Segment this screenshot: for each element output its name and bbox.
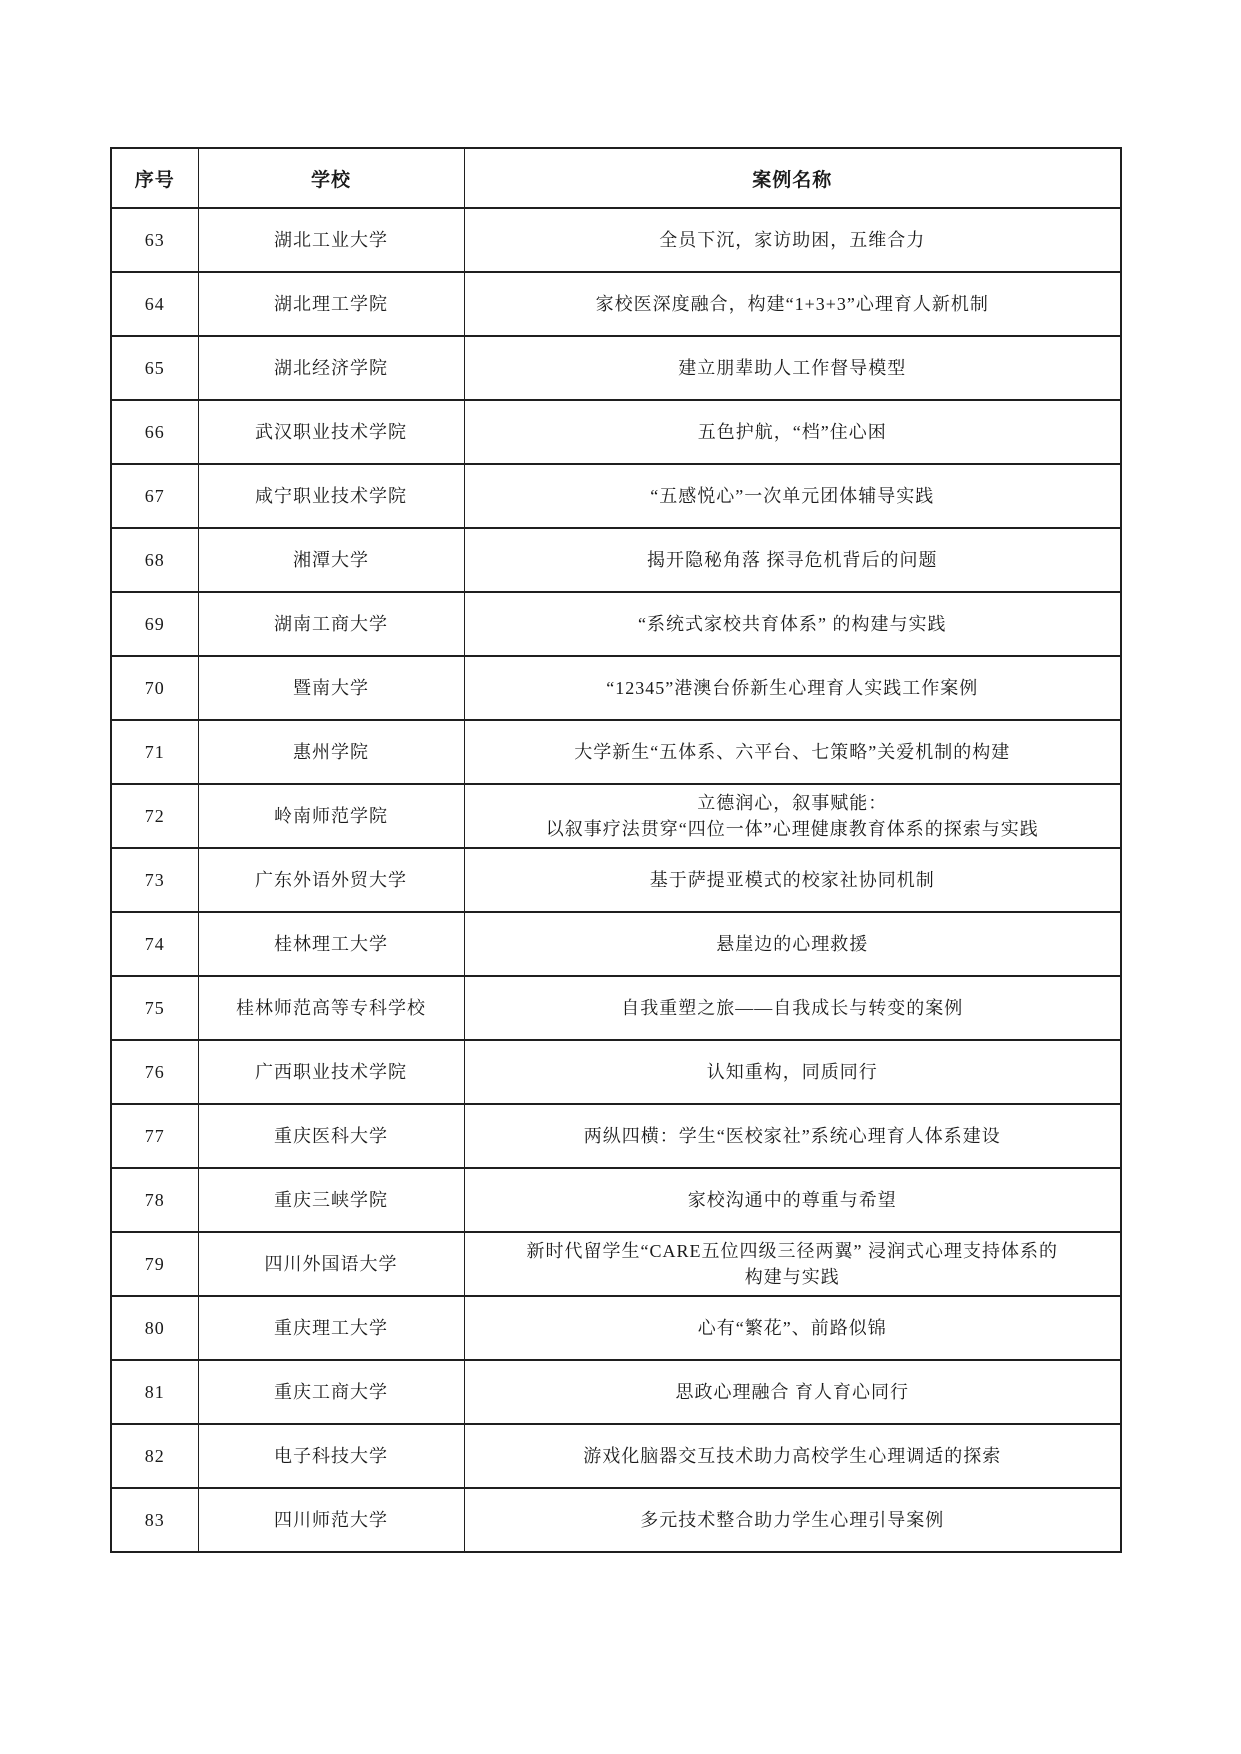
case-name: 基于萨提亚模式的校家社协同机制 [464, 848, 1121, 912]
table-row: 73 广东外语外贸大学 基于萨提亚模式的校家社协同机制 [111, 848, 1121, 912]
serial-number: 74 [111, 912, 198, 976]
column-header-school: 学校 [198, 148, 464, 208]
serial-number: 65 [111, 336, 198, 400]
table-row: 78 重庆三峡学院 家校沟通中的尊重与希望 [111, 1168, 1121, 1232]
serial-number: 80 [111, 1296, 198, 1360]
school-name: 四川师范大学 [198, 1488, 464, 1552]
table-row: 69 湖南工商大学 “系统式家校共育体系” 的构建与实践 [111, 592, 1121, 656]
case-name: 五色护航，“档”住心困 [464, 400, 1121, 464]
case-name: 家校沟通中的尊重与希望 [464, 1168, 1121, 1232]
serial-number: 70 [111, 656, 198, 720]
column-header-serial: 序号 [111, 148, 198, 208]
serial-number: 68 [111, 528, 198, 592]
case-name: 新时代留学生“CARE五位四级三径两翼” 浸润式心理支持体系的 构建与实践 [464, 1232, 1121, 1296]
case-name: 心有“繁花”、前路似锦 [464, 1296, 1121, 1360]
case-name: “12345”港澳台侨新生心理育人实践工作案例 [464, 656, 1121, 720]
table-row: 65 湖北经济学院 建立朋辈助人工作督导模型 [111, 336, 1121, 400]
case-name: 立德润心，叙事赋能： 以叙事疗法贯穿“四位一体”心理健康教育体系的探索与实践 [464, 784, 1121, 848]
case-name: 思政心理融合 育人育心同行 [464, 1360, 1121, 1424]
serial-number: 71 [111, 720, 198, 784]
school-name: 咸宁职业技术学院 [198, 464, 464, 528]
case-name: 全员下沉，家访助困，五维合力 [464, 208, 1121, 272]
school-name: 电子科技大学 [198, 1424, 464, 1488]
serial-number: 64 [111, 272, 198, 336]
document-page: 序号 学校 案例名称 63 湖北工业大学 全员下沉，家访助困，五维合力 64 湖… [0, 0, 1241, 1754]
school-name: 四川外国语大学 [198, 1232, 464, 1296]
serial-number: 81 [111, 1360, 198, 1424]
cases-table: 序号 学校 案例名称 63 湖北工业大学 全员下沉，家访助困，五维合力 64 湖… [110, 147, 1122, 1553]
case-name: 两纵四横：学生“医校家社”系统心理育人体系建设 [464, 1104, 1121, 1168]
school-name: 武汉职业技术学院 [198, 400, 464, 464]
table-row: 83 四川师范大学 多元技术整合助力学生心理引导案例 [111, 1488, 1121, 1552]
school-name: 重庆医科大学 [198, 1104, 464, 1168]
table-row: 70 暨南大学 “12345”港澳台侨新生心理育人实践工作案例 [111, 656, 1121, 720]
table-row: 71 惠州学院 大学新生“五体系、六平台、七策略”关爱机制的构建 [111, 720, 1121, 784]
serial-number: 66 [111, 400, 198, 464]
table-row: 79 四川外国语大学 新时代留学生“CARE五位四级三径两翼” 浸润式心理支持体… [111, 1232, 1121, 1296]
school-name: 桂林师范高等专科学校 [198, 976, 464, 1040]
school-name: 湘潭大学 [198, 528, 464, 592]
case-name: 大学新生“五体系、六平台、七策略”关爱机制的构建 [464, 720, 1121, 784]
table-row: 67 咸宁职业技术学院 “五感悦心”一次单元团体辅导实践 [111, 464, 1121, 528]
table-row: 82 电子科技大学 游戏化脑器交互技术助力高校学生心理调适的探索 [111, 1424, 1121, 1488]
case-name: “系统式家校共育体系” 的构建与实践 [464, 592, 1121, 656]
school-name: 湖北经济学院 [198, 336, 464, 400]
table-row: 81 重庆工商大学 思政心理融合 育人育心同行 [111, 1360, 1121, 1424]
serial-number: 75 [111, 976, 198, 1040]
serial-number: 72 [111, 784, 198, 848]
school-name: 岭南师范学院 [198, 784, 464, 848]
table-body: 63 湖北工业大学 全员下沉，家访助困，五维合力 64 湖北理工学院 家校医深度… [111, 208, 1121, 1552]
serial-number: 79 [111, 1232, 198, 1296]
column-header-case-name: 案例名称 [464, 148, 1121, 208]
table-row: 63 湖北工业大学 全员下沉，家访助困，五维合力 [111, 208, 1121, 272]
school-name: 广东外语外贸大学 [198, 848, 464, 912]
table-row: 66 武汉职业技术学院 五色护航，“档”住心困 [111, 400, 1121, 464]
school-name: 重庆工商大学 [198, 1360, 464, 1424]
serial-number: 63 [111, 208, 198, 272]
case-name: 多元技术整合助力学生心理引导案例 [464, 1488, 1121, 1552]
serial-number: 78 [111, 1168, 198, 1232]
case-name: “五感悦心”一次单元团体辅导实践 [464, 464, 1121, 528]
case-name: 认知重构，同质同行 [464, 1040, 1121, 1104]
school-name: 暨南大学 [198, 656, 464, 720]
serial-number: 82 [111, 1424, 198, 1488]
school-name: 惠州学院 [198, 720, 464, 784]
serial-number: 76 [111, 1040, 198, 1104]
serial-number: 69 [111, 592, 198, 656]
table-row: 74 桂林理工大学 悬崖边的心理救援 [111, 912, 1121, 976]
table-row: 75 桂林师范高等专科学校 自我重塑之旅——自我成长与转变的案例 [111, 976, 1121, 1040]
table-row: 68 湘潭大学 揭开隐秘角落 探寻危机背后的问题 [111, 528, 1121, 592]
school-name: 广西职业技术学院 [198, 1040, 464, 1104]
case-name: 家校医深度融合，构建“1+3+3”心理育人新机制 [464, 272, 1121, 336]
school-name: 桂林理工大学 [198, 912, 464, 976]
school-name: 湖北工业大学 [198, 208, 464, 272]
case-name: 悬崖边的心理救援 [464, 912, 1121, 976]
school-name: 重庆理工大学 [198, 1296, 464, 1360]
serial-number: 73 [111, 848, 198, 912]
case-name: 游戏化脑器交互技术助力高校学生心理调适的探索 [464, 1424, 1121, 1488]
case-name: 建立朋辈助人工作督导模型 [464, 336, 1121, 400]
table-row: 80 重庆理工大学 心有“繁花”、前路似锦 [111, 1296, 1121, 1360]
case-name: 揭开隐秘角落 探寻危机背后的问题 [464, 528, 1121, 592]
table-row: 72 岭南师范学院 立德润心，叙事赋能： 以叙事疗法贯穿“四位一体”心理健康教育… [111, 784, 1121, 848]
table-header: 序号 学校 案例名称 [111, 148, 1121, 208]
table-row: 64 湖北理工学院 家校医深度融合，构建“1+3+3”心理育人新机制 [111, 272, 1121, 336]
table-row: 77 重庆医科大学 两纵四横：学生“医校家社”系统心理育人体系建设 [111, 1104, 1121, 1168]
school-name: 湖南工商大学 [198, 592, 464, 656]
table-row: 76 广西职业技术学院 认知重构，同质同行 [111, 1040, 1121, 1104]
serial-number: 83 [111, 1488, 198, 1552]
school-name: 湖北理工学院 [198, 272, 464, 336]
header-row: 序号 学校 案例名称 [111, 148, 1121, 208]
school-name: 重庆三峡学院 [198, 1168, 464, 1232]
serial-number: 67 [111, 464, 198, 528]
case-name: 自我重塑之旅——自我成长与转变的案例 [464, 976, 1121, 1040]
serial-number: 77 [111, 1104, 198, 1168]
